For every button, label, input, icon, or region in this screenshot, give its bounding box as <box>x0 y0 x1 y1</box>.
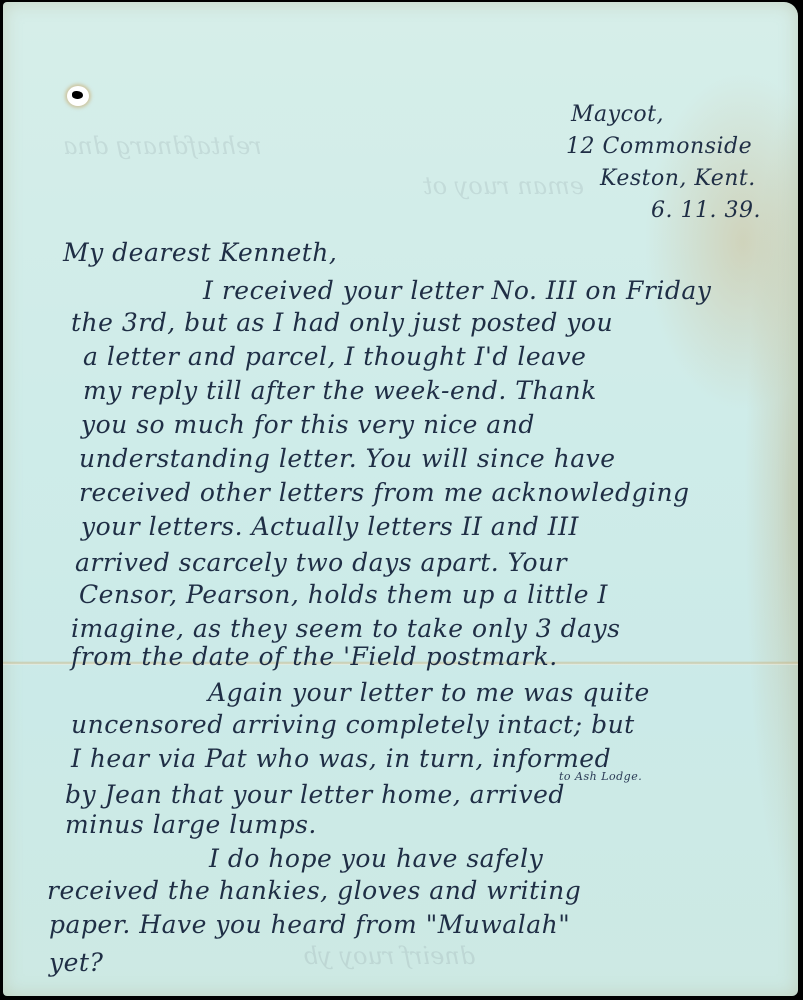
letter-line: Censor, Pearson, holds them up a little … <box>79 580 608 609</box>
letter-line: my reply till after the week-end. Thank <box>83 376 597 405</box>
letter-line: the 3rd, but as I had only just posted y… <box>71 308 613 337</box>
letter-page: rehtafdnarg dna eman ruoy ot dneirf ruoy… <box>3 2 798 996</box>
letter-line: yet? <box>49 948 103 977</box>
letter-line: Again your letter to me was quite <box>208 678 650 707</box>
bleed-through-text: rehtafdnarg dna <box>63 132 262 160</box>
insertion-note: to Ash Lodge. <box>559 770 642 783</box>
letter-line: received other letters from me acknowled… <box>79 478 690 507</box>
letter-line: uncensored arriving completely intact; b… <box>71 710 635 739</box>
letter-line: I received your letter No. III on Friday <box>203 276 711 305</box>
bleed-through-text: eman ruoy ot <box>423 172 584 200</box>
letter-line: arrived scarcely two days apart. Your <box>75 548 567 577</box>
address-street: 12 Commonside <box>566 134 752 159</box>
letter-line: received the hankies, gloves and writing <box>47 876 581 905</box>
letter-line: minus large lumps. <box>65 810 317 839</box>
letter-line: I do hope you have safely <box>209 844 543 873</box>
letter-date: 6. 11. 39. <box>651 198 761 223</box>
letter-line: from the date of the 'Field postmark. <box>71 642 558 671</box>
letter-line: a letter and parcel, I thought I'd leave <box>83 342 586 371</box>
letter-line: imagine, as they seem to take only 3 day… <box>71 614 620 643</box>
letter-line: paper. Have you heard from "Muwalah" <box>49 910 570 939</box>
punch-hole <box>67 86 89 106</box>
letter-line: I hear via Pat who was, in turn, informe… <box>71 744 611 773</box>
salutation: My dearest Kenneth, <box>63 238 337 267</box>
letter-line: your letters. Actually letters II and II… <box>81 512 579 541</box>
letter-line: by Jean that your letter home, arrived <box>65 780 565 809</box>
bleed-through-text: dneirf ruoy yb <box>303 942 475 970</box>
address-house: Maycot, <box>571 102 664 127</box>
letter-line: you so much for this very nice and <box>81 410 535 439</box>
letter-line: understanding letter. You will since hav… <box>79 444 616 473</box>
address-town: Keston, Kent. <box>600 166 756 191</box>
